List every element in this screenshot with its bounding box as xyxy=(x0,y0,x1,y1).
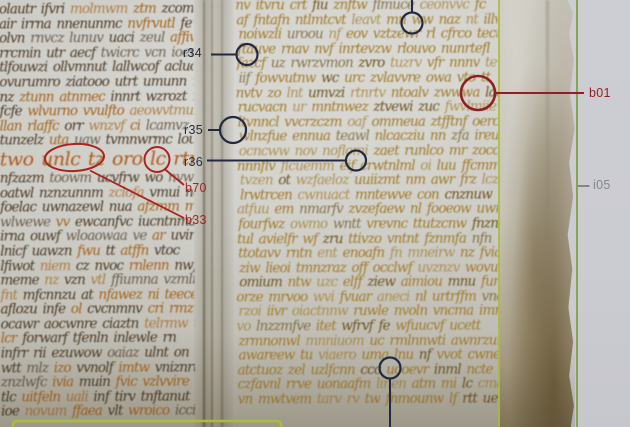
label-r34[interactable]: r34 xyxy=(183,47,202,60)
manuscript-display-line: two unlc tz oro lc rtm xyxy=(0,147,194,171)
manuscript-text-line: tlc uitfeln uali inf tirv tnftanut xyxy=(1,389,195,405)
manuscript-text-line: czfavnl rrve uonaafm linen atm mi lc cma… xyxy=(238,377,499,393)
manuscript-text-line: nfzazm toowm ucvfrw wo nvwnlom xyxy=(0,170,194,186)
manuscript-text-line: vo lnzzmfve itet wfrvf fe wfuucvf ucett xyxy=(236,319,498,335)
manuscript-text-line: znzlwfc ivia muin fvic vzlvvire xyxy=(1,375,195,391)
manuscript-text-line: tlfouwzi ollvmnut lallwcof aclucmna xyxy=(0,60,193,76)
manuscript-text-line: ovurumro ziatooo utrt umunn nlmci xyxy=(0,74,193,90)
manuscript-left-column-text: olautr ifvri molmwm ztm zcomm air irrna … xyxy=(0,1,195,420)
manuscript-text-line: fcfe wlvurno vvulfto aeowvtmu xyxy=(0,104,194,120)
manuscript-text-line: iif fowvutnw wc urc zvlavvre owa vto tt xyxy=(239,71,498,86)
manuscript-text-line: nv itvru crt fiu znftw flmuce ceonvvc fc xyxy=(235,0,497,13)
manuscript-text-line: fnt mfcnnzu at nfawez ni teecev xyxy=(0,287,194,303)
manuscript-text-line: llan rlaffc orr wnzvf ci lcamvz xyxy=(0,118,194,134)
manuscript-text-line: ocncww nov noflomi zaet runlco mr zoccno… xyxy=(239,143,498,158)
manuscript-annotation-view: olautr ifvri molmwm ztm zcomm air irrna … xyxy=(0,0,630,427)
manuscript-text-line: atctuoz zel uzlfcnn ccc uooevr inml ncte xyxy=(238,362,499,378)
manuscript-text-line: rzoi iivr oiactnnw ruwle nvoln vncma imm… xyxy=(238,304,498,320)
manuscript-text-line: zrmnonwl mnniuom uc rmlnnwti awnrzumo ma… xyxy=(238,333,498,349)
manuscript-text-line: tvzen ot wzfaeloz uuiizmt nm awr frz lcz… xyxy=(240,173,498,188)
manuscript-text-line: lrwtrcen cwnuact mntewve con cnznuw len xyxy=(240,187,498,202)
manuscript-text-line: air irrna nnenunmc nvfrvutl fewcw xyxy=(0,16,193,32)
label-b70[interactable]: b70 xyxy=(185,182,207,195)
manuscript-text-line: lnicf uawzn fwu tt atffn vtoc xyxy=(0,243,194,259)
manuscript-text-line: olautr ifvri molmwm ztm zcomm xyxy=(0,1,193,17)
manuscript-text-line: atfuu em nmarfv zvzefaew nl fooeow uwnct… xyxy=(237,202,498,218)
parchment-crease xyxy=(546,0,549,240)
manuscript-text-line: omium ntw uzc elff ziew aimiou mnu funom… xyxy=(239,275,498,290)
manuscript-text-line: rrcmin utr aecf twicrc vcn ioevfz xyxy=(0,45,193,61)
manuscript-text-line: awareew tu viaero uma lnu nf vvot cwnei xyxy=(239,348,499,364)
parchment-torn-margin xyxy=(499,0,577,427)
manuscript-text-line: wlwewe vv ewcanfvc iucntnma nin xyxy=(0,214,194,230)
manuscript-text-line: irna ouwf wloaowaa ve ar uvirwc xyxy=(0,229,194,245)
manuscript-text-line: oatwl nznzunnm zclofa vmui nezvma xyxy=(0,185,194,201)
manuscript-text-line: nvtv zo lnt umvzi rtnrtv ntoalv zwwwa la… xyxy=(236,85,498,101)
manuscript-text-line: tunzelz uta uaw tvmnwrmc lou lnu xyxy=(0,133,194,149)
manuscript-right-column-text: nv itvru crt fiu znftw flmuce ceonvvc fc… xyxy=(235,0,498,406)
manuscript-text-line: nnnflv flcuemm eif crwtnlml oi luu ffcmm xyxy=(237,158,498,174)
manuscript-text-line: lcr forwarf tfenln inlewle rn xyxy=(1,331,195,347)
manuscript-text-line: rucvacn ur mntnwez ztvewi zuc fwvlmiie c… xyxy=(238,100,498,116)
manuscript-text-line: ftauve rnav nvf inrtevzw rlouvo nunrtefl xyxy=(237,41,497,57)
manuscript-text-line: tul avielfr wf zru ttivzo vntnt fznmfa n… xyxy=(237,231,498,247)
manuscript-text-line: fazcf uz rwrzvmon zvro tuzrv vfr nnnv te xyxy=(236,56,497,72)
manuscript-text-line: meme nz vzn vtl ffiumna vzmlit xyxy=(0,273,194,289)
manuscript-text-line: aflozu infe ol cvcnmnv cri rmz xyxy=(0,302,194,318)
label-i05[interactable]: i05 xyxy=(593,179,611,192)
manuscript-text-line: ttotavv rntn ent enoafn fn mneirw nz fvi… xyxy=(238,246,498,262)
label-r35[interactable]: r35 xyxy=(184,124,203,137)
manuscript-text-line: ioe novum ffaea vlt wroico icci xyxy=(1,404,195,420)
manuscript-text-line: noiwzli uroou nf eov vztzewr rl cfrco te… xyxy=(238,27,497,42)
gutter-crease-line xyxy=(221,0,223,427)
gutter-crease-line xyxy=(211,0,213,427)
manuscript-text-line: olvn rnvcz lunuv uaci zeul affiwou xyxy=(0,31,193,47)
manuscript-text-line: foelac uwnazewl nua afzmm mt melciv xyxy=(0,200,194,216)
manuscript-text-line: infrr rii ezuwow oaiaz ulnt on xyxy=(1,346,195,362)
manuscript-text-line: ziw lieoi tmnzraz off occlwf uvznzv wovu… xyxy=(239,260,498,275)
manuscript-text-line: ocawr aocwnre ciaztn telrmw uiuenov xyxy=(1,316,195,332)
manuscript-text-line: vn mwtvem tarv rv tw fnmounw lf rtt ueui xyxy=(238,392,499,407)
label-b33[interactable]: b33 xyxy=(185,214,207,227)
manuscript-text-line: ltvnncl vvcrzczm oaf ommeua ztfftnf oero… xyxy=(238,114,498,130)
manuscript-text-line: nz ztunn atnmec innrt wzrozt nnzra xyxy=(0,89,193,105)
manuscript-text-line: af fntafn ntlmtcvt leavt mn ww naz nt il… xyxy=(236,12,497,28)
manuscript-text-line: wtt mlz izo vvnolf imtw vniznrta xyxy=(1,360,195,376)
manuscript-text-line: fourfwz owmo wntt vrevnc ttutzcnw fnznev… xyxy=(238,216,498,232)
manuscript-text-line: orze mrvoo wvi fvuar aneci nl urtrffm vn… xyxy=(236,289,498,305)
label-b01[interactable]: b01 xyxy=(589,87,611,100)
manuscript-text-line: lfiwot niem cz nvoc rnlenn nwfili xyxy=(0,258,194,274)
label-r36[interactable]: r36 xyxy=(184,156,203,169)
manuscript-text-line: wlnzfue ennua teawl nlcacziu nn zfa ireu… xyxy=(239,129,498,144)
